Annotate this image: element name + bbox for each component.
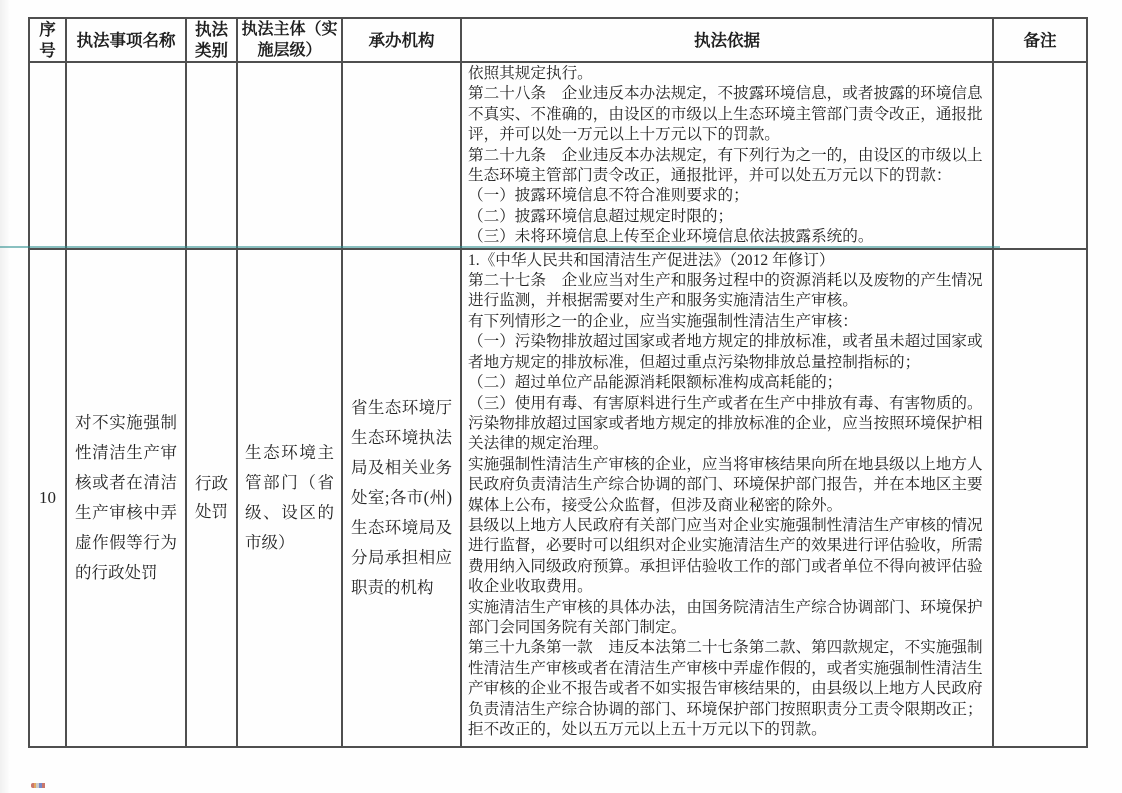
col-header-category: 执法类别: [186, 18, 237, 62]
cell-index: [29, 62, 66, 249]
cell-remark: [993, 62, 1087, 249]
enforcement-items-table: 序号 执法事项名称 执法类别 执法主体（实施层级） 承办机构 执法依据 备注 依…: [28, 17, 1088, 748]
table-header-row: 序号 执法事项名称 执法类别 执法主体（实施层级） 承办机构 执法依据 备注: [29, 18, 1087, 62]
cell-basis: 1.《中华人民共和国清洁生产促进法》（2012 年修订） 第二十七条 企业应当对…: [461, 249, 993, 747]
cell-category: 行政处罚: [186, 249, 237, 747]
col-header-index: 序号: [29, 18, 66, 62]
cell-subject: 生态环境主管部门（省级、设区的市级）: [237, 249, 342, 747]
cell-name: 对不实施强制性清洁生产审核或者在清洁生产审核中弄虚作假等行为的行政处罚: [66, 249, 186, 747]
table-row-continuation: 依照其规定执行。 第二十八条 企业违反本办法规定，不披露环境信息，或者披露的环境…: [29, 62, 1087, 249]
cell-category: [186, 62, 237, 249]
cell-remark: [993, 249, 1087, 747]
col-header-subject: 执法主体（实施层级）: [237, 18, 342, 62]
col-header-agency: 承办机构: [342, 18, 461, 62]
cell-name: [66, 62, 186, 249]
col-header-basis: 执法依据: [461, 18, 993, 62]
scan-artifact-smudge: [31, 783, 48, 788]
table-row-10: 10 对不实施强制性清洁生产审核或者在清洁生产审核中弄虚作假等行为的行政处罚 行…: [29, 249, 1087, 747]
cell-subject: [237, 62, 342, 249]
cell-basis: 依照其规定执行。 第二十八条 企业违反本办法规定，不披露环境信息，或者披露的环境…: [461, 62, 993, 249]
cell-index: 10: [29, 249, 66, 747]
col-header-remark: 备注: [993, 18, 1087, 62]
cell-agency: 省生态环境厅生态环境执法局及相关业务处室;各市(州)生态环境局及分局承担相应职责…: [342, 249, 461, 747]
scan-edge-shadow: [0, 0, 10, 793]
col-header-name: 执法事项名称: [66, 18, 186, 62]
cell-agency: [342, 62, 461, 249]
scanned-page: 序号 执法事项名称 执法类别 执法主体（实施层级） 承办机构 执法依据 备注 依…: [0, 0, 1122, 793]
